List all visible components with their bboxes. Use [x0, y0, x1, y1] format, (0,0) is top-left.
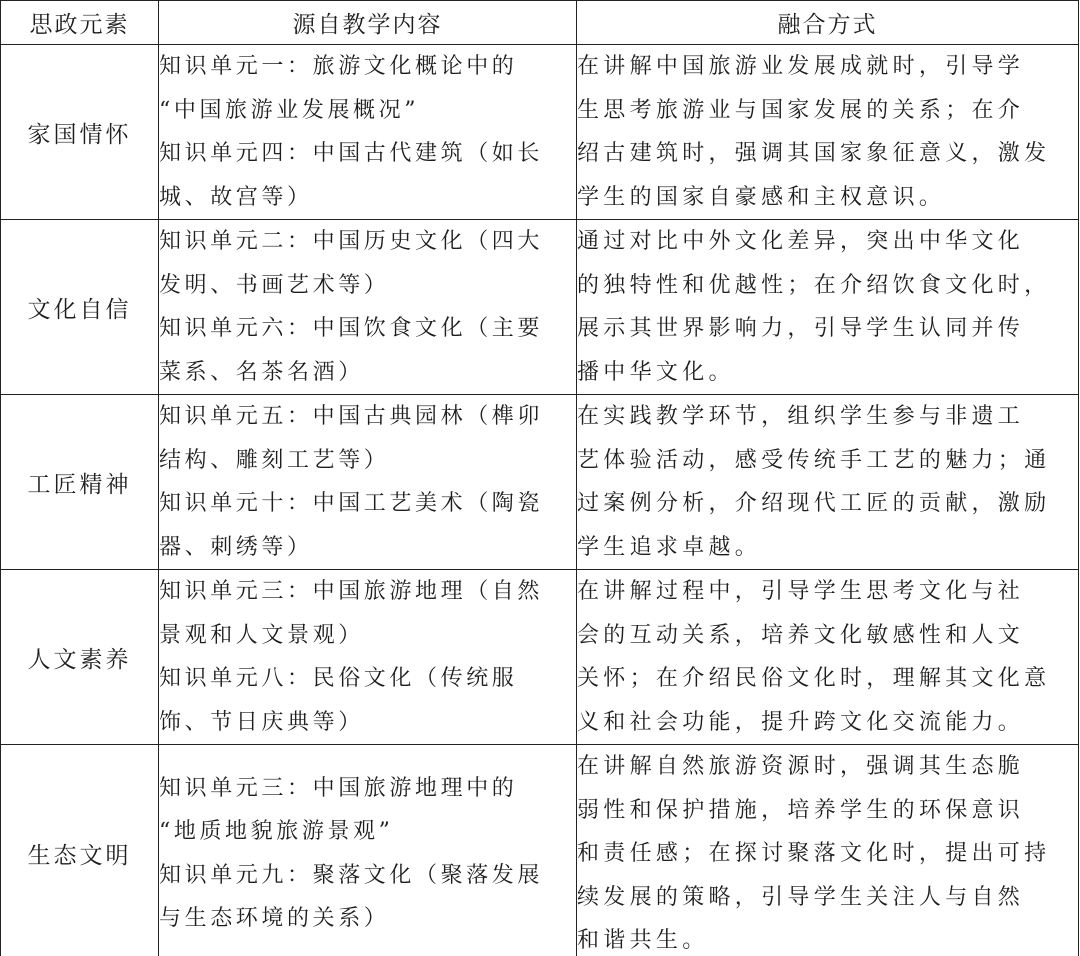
content-line: “地质地貌旅游景观”: [159, 810, 576, 854]
method-line: 在讲解中国旅游业发展成就时，引导学: [577, 45, 1078, 89]
method-cell: 在讲解中国旅游业发展成就时，引导学生思考旅游业与国家发展的关系；在介绍古建筑时，…: [577, 45, 1079, 220]
method-line: 展示其世界影响力，引导学生认同并传: [577, 307, 1078, 351]
content-cell: 知识单元五：中国古典园林（榫卯结构、雕刻工艺等）知识单元十：中国工艺美术（陶瓷器…: [159, 395, 577, 570]
content-cell: 知识单元二：中国历史文化（四大发明、书画艺术等）知识单元六：中国饮食文化（主要菜…: [159, 220, 577, 395]
method-line: 弱性和保护措施，培养学生的环保意识: [577, 789, 1078, 833]
content-line: 知识单元九：聚落文化（聚落发展: [159, 854, 576, 898]
method-line: 绍古建筑时，强调其国家象征意义，激发: [577, 132, 1078, 176]
method-line: 和谐共生。: [577, 919, 1078, 956]
table-row: 人文素养知识单元三：中国旅游地理（自然景观和人文景观）知识单元八：民俗文化（传统…: [1, 570, 1079, 745]
method-line: 生思考旅游业与国家发展的关系；在介: [577, 89, 1078, 133]
header-element: 思政元素: [1, 1, 159, 45]
content-line: 景观和人文景观）: [159, 614, 576, 658]
content-line: 知识单元二：中国历史文化（四大: [159, 220, 576, 264]
content-line: 知识单元三：中国旅游地理中的: [159, 767, 576, 811]
header-content: 源自教学内容: [159, 1, 577, 45]
content-line: 发明、书画艺术等）: [159, 264, 576, 308]
method-cell: 在讲解自然旅游资源时，强调其生态脆弱性和保护措施，培养学生的环保意识和责任感；在…: [577, 745, 1079, 956]
content-line: 知识单元五：中国古典园林（榫卯: [159, 395, 576, 439]
element-cell: 生态文明: [1, 745, 159, 956]
content-line: 器、刺绣等）: [159, 526, 576, 570]
method-line: 播中华文化。: [577, 351, 1078, 395]
method-line: 续发展的策略，引导学生关注人与自然: [577, 876, 1078, 920]
header-method: 融合方式: [577, 1, 1079, 45]
content-cell: 知识单元一：旅游文化概论中的“中国旅游业发展概况”知识单元四：中国古代建筑（如长…: [159, 45, 577, 220]
content-line: 知识单元六：中国饮食文化（主要: [159, 307, 576, 351]
content-line: 与生态环境的关系）: [159, 897, 576, 941]
content-line: 知识单元十：中国工艺美术（陶瓷: [159, 482, 576, 526]
content-line: 城、故宫等）: [159, 176, 576, 220]
method-line: 关怀；在介绍民俗文化时，理解其文化意: [577, 657, 1078, 701]
content-line: 知识单元四：中国古代建筑（如长: [159, 132, 576, 176]
method-line: 在实践教学环节，组织学生参与非遗工: [577, 395, 1078, 439]
content-line: “中国旅游业发展概况”: [159, 89, 576, 133]
ideological-elements-table: 思政元素 源自教学内容 融合方式 家国情怀知识单元一：旅游文化概论中的“中国旅游…: [0, 0, 1079, 956]
method-cell: 在讲解过程中，引导学生思考文化与社会的互动关系，培养文化敏感性和人文关怀；在介绍…: [577, 570, 1079, 745]
table-row: 家国情怀知识单元一：旅游文化概论中的“中国旅游业发展概况”知识单元四：中国古代建…: [1, 45, 1079, 220]
element-cell: 文化自信: [1, 220, 159, 395]
content-line: 知识单元八：民俗文化（传统服: [159, 657, 576, 701]
content-line: 结构、雕刻工艺等）: [159, 439, 576, 483]
method-line: 的独特性和优越性；在介绍饮食文化时，: [577, 264, 1078, 308]
content-line: 菜系、名茶名酒）: [159, 351, 576, 395]
method-line: 学生追求卓越。: [577, 526, 1078, 570]
method-line: 在讲解过程中，引导学生思考文化与社: [577, 570, 1078, 614]
method-line: 义和社会功能，提升跨文化交流能力。: [577, 701, 1078, 745]
element-cell: 工匠精神: [1, 395, 159, 570]
method-line: 过案例分析，介绍现代工匠的贡献，激励: [577, 482, 1078, 526]
content-cell: 知识单元三：中国旅游地理（自然景观和人文景观）知识单元八：民俗文化（传统服饰、节…: [159, 570, 577, 745]
method-line: 和责任感；在探讨聚落文化时，提出可持: [577, 832, 1078, 876]
content-line: 知识单元三：中国旅游地理（自然: [159, 570, 576, 614]
element-cell: 家国情怀: [1, 45, 159, 220]
method-line: 艺体验活动，感受传统手工艺的魅力；通: [577, 439, 1078, 483]
content-line: 知识单元一：旅游文化概论中的: [159, 45, 576, 89]
method-line: 通过对比中外文化差异，突出中华文化: [577, 220, 1078, 264]
table-row: 文化自信知识单元二：中国历史文化（四大发明、书画艺术等）知识单元六：中国饮食文化…: [1, 220, 1079, 395]
element-cell: 人文素养: [1, 570, 159, 745]
content-line: 饰、节日庆典等）: [159, 701, 576, 745]
table-row: 工匠精神知识单元五：中国古典园林（榫卯结构、雕刻工艺等）知识单元十：中国工艺美术…: [1, 395, 1079, 570]
header-row: 思政元素 源自教学内容 融合方式: [1, 1, 1079, 45]
method-line: 在讲解自然旅游资源时，强调其生态脆: [577, 745, 1078, 789]
method-cell: 通过对比中外文化差异，突出中华文化的独特性和优越性；在介绍饮食文化时，展示其世界…: [577, 220, 1079, 395]
content-cell: 知识单元三：中国旅游地理中的“地质地貌旅游景观”知识单元九：聚落文化（聚落发展与…: [159, 745, 577, 956]
method-line: 会的互动关系，培养文化敏感性和人文: [577, 614, 1078, 658]
table-row: 生态文明知识单元三：中国旅游地理中的“地质地貌旅游景观”知识单元九：聚落文化（聚…: [1, 745, 1079, 956]
method-line: 学生的国家自豪感和主权意识。: [577, 176, 1078, 220]
method-cell: 在实践教学环节，组织学生参与非遗工艺体验活动，感受传统手工艺的魅力；通过案例分析…: [577, 395, 1079, 570]
